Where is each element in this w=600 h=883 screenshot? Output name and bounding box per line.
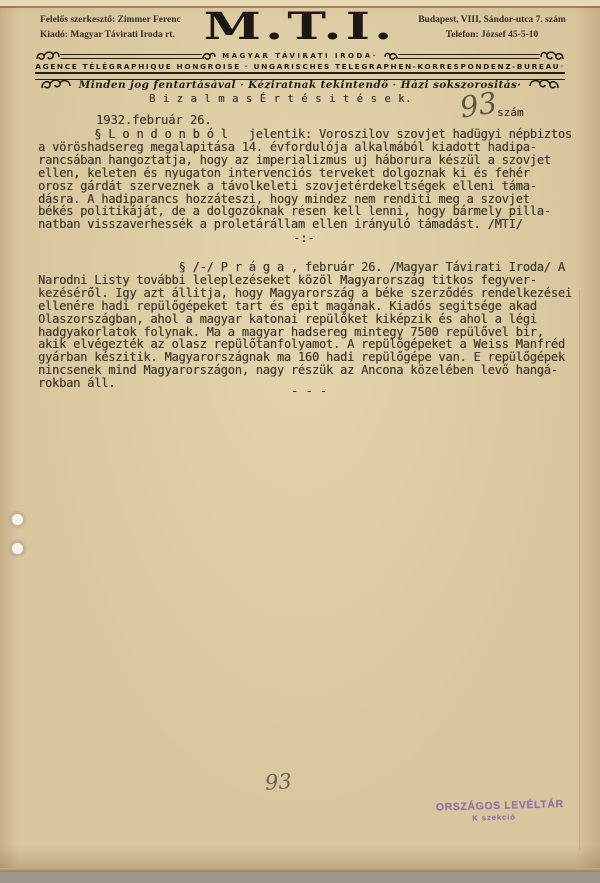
archive-stamp: ORSZÁGOS LEVÉLTÁR K szekció xyxy=(436,798,553,823)
paper-bottom-edge xyxy=(0,868,600,872)
masthead-right-block: Budapest, VIII, Sándor-utca 7. szám Tele… xyxy=(392,13,592,43)
scroll-ornament-icon xyxy=(202,50,216,62)
news-paragraph-praga: § /-/ P r á g a , február 26. /Magyar Tá… xyxy=(38,261,594,390)
banner-rule-right xyxy=(398,54,540,59)
scroll-ornament-icon xyxy=(540,50,564,62)
section-separator: - - - xyxy=(291,384,327,398)
banner-title: MAGYAR TÁVIRATI IRODA· xyxy=(216,52,384,60)
banner-title-row: MAGYAR TÁVIRATI IRODA· xyxy=(36,50,564,62)
news-paragraph-london: § L o n d o n b ó l jelentik: Voroszilov… xyxy=(38,128,594,231)
page-number-handwritten: 93 xyxy=(264,769,292,795)
scroll-ornament-icon xyxy=(41,78,71,91)
phone-line: Telefon: József 45-5-10 xyxy=(392,28,592,43)
punch-hole xyxy=(10,541,25,556)
issue-number-handwritten: 93 xyxy=(458,85,500,124)
punch-hole xyxy=(10,512,25,527)
document-date: 1932.február 26. xyxy=(96,113,212,127)
scroll-ornament-icon xyxy=(529,78,559,91)
document-title: B i z a l m a s É r t é s i t é s e k. xyxy=(149,93,412,105)
scanned-document-page: { "masthead": { "editor_line": "Felelős … xyxy=(0,0,600,883)
issue-number-label: szám xyxy=(497,106,524,119)
scroll-ornament-icon xyxy=(384,50,398,62)
banner-notice: Minden jog fentartásával · Kéziratnak te… xyxy=(79,79,522,91)
address-line: Budapest, VIII, Sándor-utca 7. szám xyxy=(392,13,592,28)
banner-rule-left xyxy=(60,54,202,59)
banner-subtitle: AGENCE TÉLÉGRAPHIQUE HONGROISE · UNGARIS… xyxy=(0,62,600,71)
section-separator: -:- xyxy=(293,231,315,245)
scroll-ornament-icon xyxy=(36,50,60,62)
